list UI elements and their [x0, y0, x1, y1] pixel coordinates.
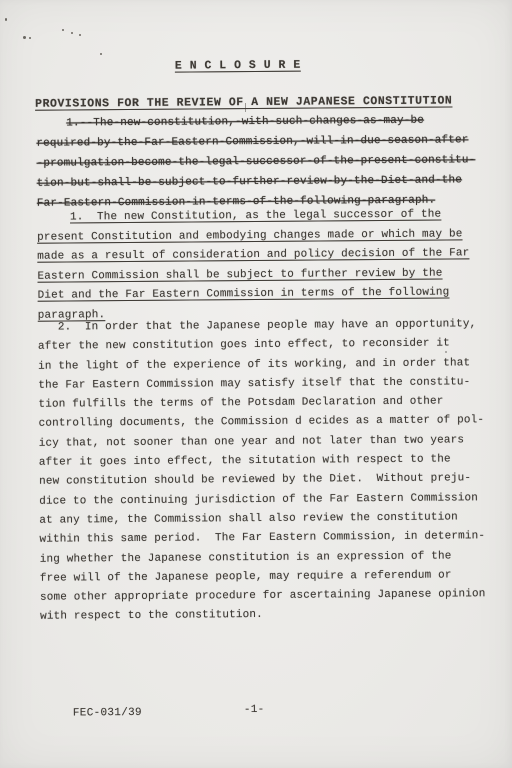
document-title-text: E N C L O S U R E — [175, 59, 301, 73]
document-number: FEC-031/39 — [73, 707, 142, 720]
paragraph-1-underlined: 1. The new Constitution, as the legal su… — [37, 205, 494, 326]
document-title: E N C L O S U R E — [0, 53, 478, 75]
page-number: -1- — [244, 704, 265, 716]
document-heading: PROVISIONS FOR THE REVIEW OF A NEW JAPAN… — [35, 90, 452, 111]
document-heading-text: PROVISIONS FOR THE REVIEW OF A NEW JAPAN… — [35, 94, 452, 110]
paragraph-2: 2. In order that the Japanese people may… — [38, 315, 496, 627]
paragraph-2-line: with respect to the constitution. — [40, 605, 496, 628]
paragraph-1-line: Diet and the Far Eastern Commission in t… — [38, 283, 494, 306]
struck-out-paragraph: 1.--The-new-constitution,-with-such-chan… — [36, 110, 493, 214]
scanned-document-page: E N C L O S U R E PROVISIONS FOR THE REV… — [0, 0, 512, 768]
